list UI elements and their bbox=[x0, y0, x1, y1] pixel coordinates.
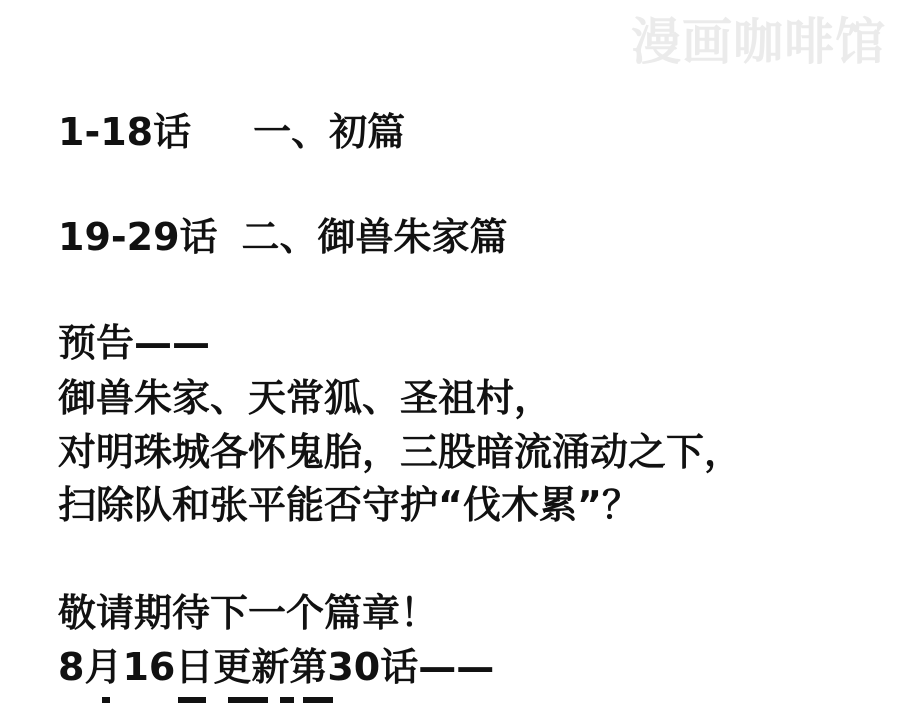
arc-title: 二、御兽朱家篇 bbox=[242, 215, 508, 259]
preview-line-3: 扫除队和张平能否守护“伐木累”？ bbox=[58, 482, 640, 528]
preview-line-1: 御兽朱家、天常狐、圣祖村， bbox=[58, 375, 552, 421]
arc-line-1: 1-18话一、初篇 bbox=[58, 109, 405, 155]
update-notice-text: 8月16日更新第30话—— bbox=[58, 644, 494, 690]
arc-title: 一、初篇 bbox=[253, 110, 405, 154]
arc-line-2: 19-29话二、御兽朱家篇 bbox=[58, 214, 508, 260]
preview-heading: 预告—— bbox=[58, 320, 210, 366]
watermark-logo: 漫画咖啡馆 bbox=[631, 12, 886, 72]
arc-episodes: 1-18话 bbox=[58, 110, 191, 154]
stay-tuned-text: 敬请期待下一个篇章！ bbox=[58, 590, 438, 636]
arc-episodes: 19-29话 bbox=[58, 215, 218, 259]
preview-line-2: 对明珠城各怀鬼胎，三股暗流涌动之下， bbox=[58, 429, 742, 475]
cropped-next-line bbox=[58, 693, 538, 703]
